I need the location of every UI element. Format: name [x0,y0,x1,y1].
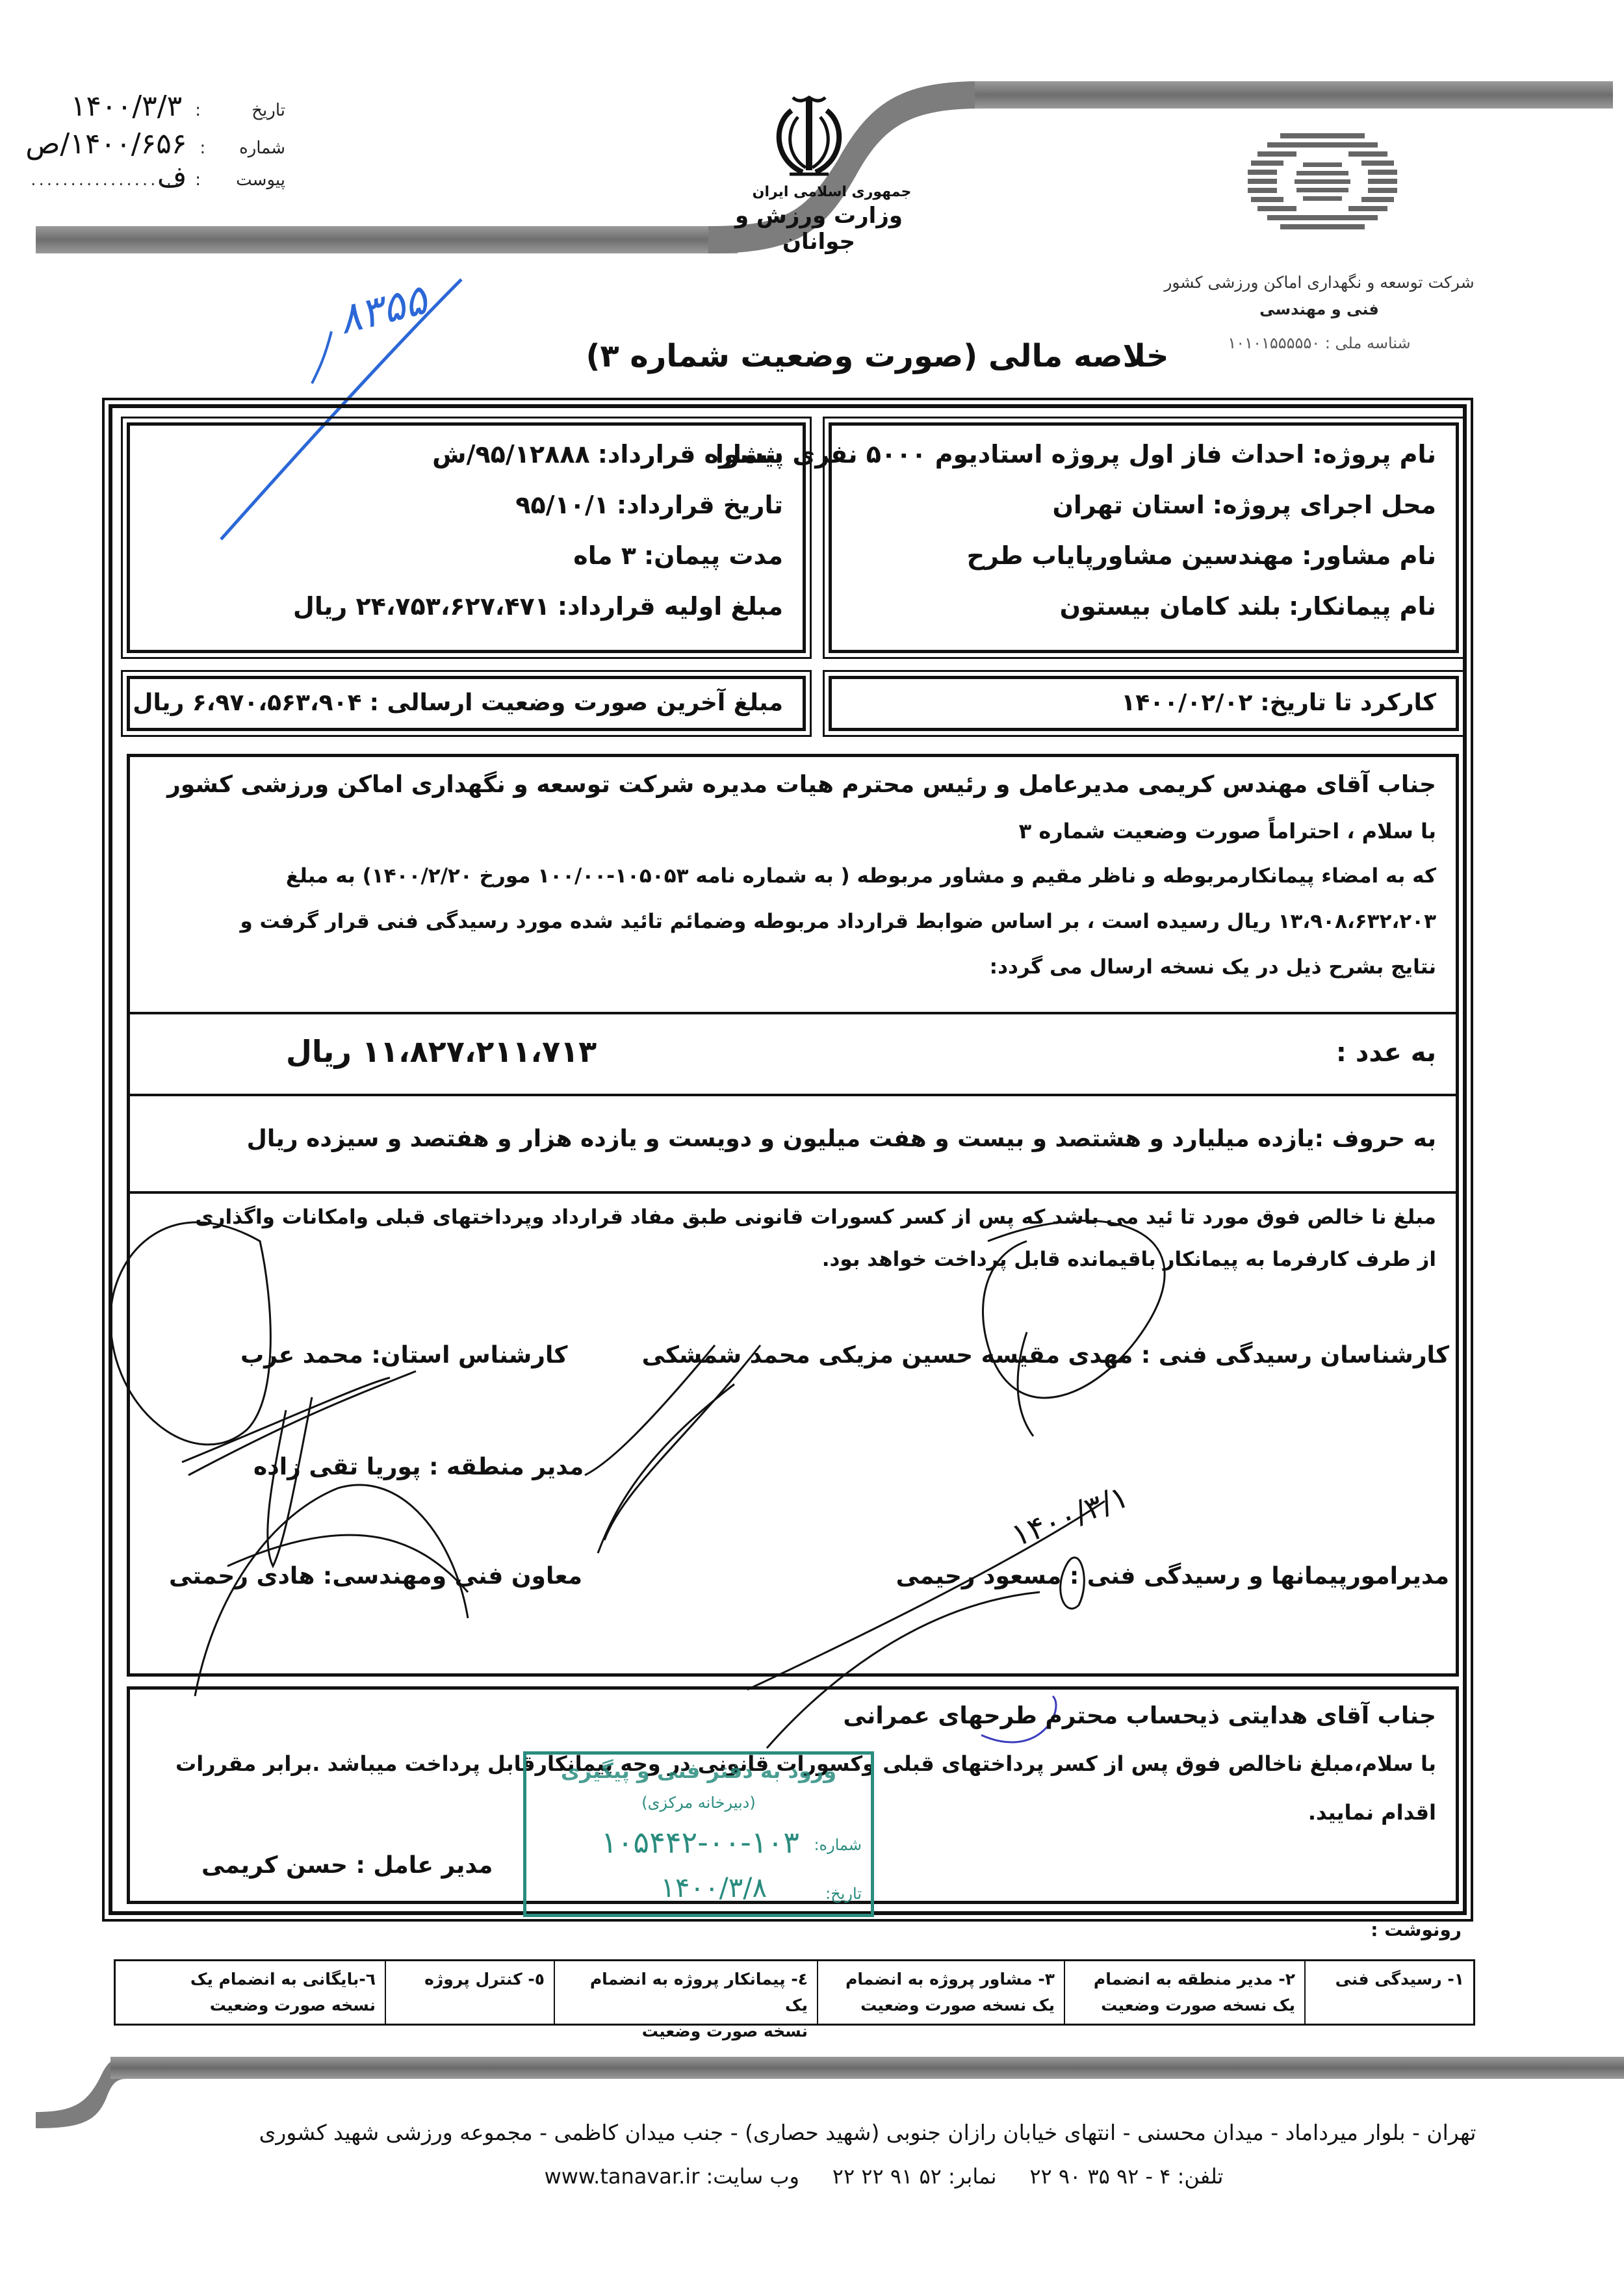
gov-line1: جمهوری اسلامی ایران [741,184,923,200]
stamp-subtitle: (دبیرخانه مرکزی) [526,1794,871,1812]
amount-numeric-row: به عدد : ۱۱،۸۲۷،۲۱۱،۷۱۳ ریال [130,1012,1456,1096]
cc-item-2: ۲- مدیر منطقه به انضمامیک نسخه صورت وضعی… [1064,1961,1304,2024]
handwritten-note: ۸۳۵۵ [333,276,432,344]
contract-duration: مدت پیمان:۳ ماه [573,541,783,570]
cc-item-3: ۳- مشاور پروژه به انضمامیک نسخه صورت وضع… [817,1961,1064,2024]
iran-emblem-icon [767,91,851,182]
letter-line4: نتایج بشرح ذیل در یک نسخه ارسال می گردد: [990,955,1436,979]
cc-label: رونوشت : [1371,1919,1462,1940]
project-name: نام پروژه:احداث فاز اول پروژه استادیوم ۵… [715,440,1436,469]
ceo-signature-label: مدیر عامل : حسن کریمی [201,1852,493,1879]
last-statement-box: مبلغ آخرین صورت وضعیت ارسالی :۶،۹۷۰،۵۶۳،… [127,676,806,731]
cc-table: ۱- رسیدگی فنی ۲- مدیر منطقه به انضمامیک … [114,1959,1475,2026]
website-label: وب سایت: [706,2164,799,2189]
final-line2: اقدام نمایید. [1308,1800,1436,1825]
website-link[interactable]: www.tanavar.ir [545,2164,700,2189]
letter-line1: با سلام ، احتراماً صورت وضعیت شماره ۳ [1019,819,1436,843]
final-salutation: جناب آقای هدایتی ذیحساب محترم طرحهای عمر… [843,1703,1436,1729]
stamp-date-label: تاریخ: [825,1885,862,1903]
letter-body-box: جناب آقای مهندس کریمی مدیرعامل و رئیس مح… [127,754,1459,1677]
cc-item-1: ۱- رسیدگی فنی [1304,1961,1473,2024]
letter-line2: که به امضاء پیمانکارمربوطه و ناظر مقیم و… [286,864,1436,888]
work-until-box: کارکرد تا تاریخ:۱۴۰۰/۰۲/۰۲ [829,676,1459,731]
header-band-left [36,226,738,253]
amount-numeric-label: به عدد : [1336,1038,1436,1068]
project-info-box: نام پروژه:احداث فاز اول پروژه استادیوم ۵… [829,422,1459,653]
stamp-title: ورود به دفتر فنی و پیگیری [526,1758,871,1783]
amount-words-row: به حروف :یازده میلیارد و هشتصد و بیست و … [130,1096,1456,1194]
stamp-number-value: ۱۰۵۴۴۲-۰۰-۱۰۳ [601,1825,799,1860]
footer-band [110,2057,1624,2079]
region-manager: مدیر منطقه : پوریا تقی زاده [253,1454,584,1480]
attachment-label: پیوست [214,170,285,190]
company-logo-icon [1241,133,1404,231]
cc-item-4: ٤- پیمانکار پروژه به انضمام یکنسخه صورت … [554,1961,817,2024]
footer-address: تهران - بلوار میرداماد - میدان محسنی - ا… [195,2120,1540,2145]
footer-contact: تلفن: ۴ - ۹۲ ۳۵ ۹۰ ۲۲ نمابر: ۵۲ ۹۱ ۲۲ ۲۲… [364,2164,1404,2189]
letter-salutation: جناب آقای مهندس کریمی مدیرعامل و رئیس مح… [167,771,1436,798]
date-label: تاریخ [214,101,285,120]
cc-item-6: ٦-بایگانی به انضمام یکنسخه صورت وضعیت [116,1961,385,2024]
cc-item-5: ٥- کنترل پروژه [385,1961,554,2024]
company-department: فنی و مهندسی [1105,300,1534,318]
consultant-name: نام مشاور:مهندسین مشاورپایاب طرح [967,541,1436,570]
phone-label: تلفن: [1178,2164,1224,2189]
fax-label: نمابر: [948,2164,997,2189]
stamp-date-value: ۱۴۰۰/۳/۸ [660,1872,767,1903]
number-label: شماره [218,138,285,158]
contracts-manager: مدیرامورپیمانها و رسیدگی فنی : مسعود رحی… [896,1563,1449,1590]
province-expert: کارشناس استان: محمد عرب [240,1342,567,1369]
amount-numeric-value: ۱۱،۸۲۷،۲۱۱،۷۱۳ ریال [286,1034,597,1069]
fax-value: ۵۲ ۹۱ ۲۲ ۲۲ [832,2164,942,2189]
letter-line3: ۱۳،۹۰۸،۶۳۲،۲۰۳ ریال رسیده است ، بر اساس … [240,910,1436,933]
reviewers-signatures: کارشناسان رسیدگی فنی : مهدی مقیسه حسین م… [642,1342,1449,1369]
contract-info-box: شماره قرارداد:۹۵/۱۲۸۸۸/ش تاریخ قرارداد:۹… [127,422,806,653]
project-location: محل اجرای پروژه:استان تهران [1052,491,1436,519]
letter-date: تاریخ : ۱۴۰۰/۳/۳ [71,90,285,123]
date-value: ۱۴۰۰/۳/۳ [71,90,182,123]
phone-value: ۴ - ۹۲ ۳۵ ۹۰ ۲۲ [1029,2164,1170,2189]
letter-attachment: پیوست : ................... [31,170,285,190]
amount-words: به حروف :یازده میلیارد و هشتصد و بیست و … [247,1126,1436,1152]
last-statement-amount: مبلغ آخرین صورت وضعیت ارسالی :۶،۹۷۰،۵۶۳،… [133,689,783,716]
document-title: خلاصه مالی (صورت وضعیت شماره ۳) [585,338,1170,374]
contract-date: تاریخ قرارداد:۹۵/۱۰/۱ [515,491,783,519]
ministry-name: وزارت ورزش و جوانان [702,203,936,255]
note-line1: مبلغ نا خالص فوق مورد تا ئید می باشد که … [195,1205,1436,1229]
company-name: شرکت توسعه و نگهداری اماکن ورزشی کشور [1105,273,1534,292]
technical-deputy: معاون فنی ومهندسی: هادی رحمتی [169,1563,582,1590]
registry-stamp: ورود به دفتر فنی و پیگیری (دبیرخانه مرکز… [523,1751,874,1917]
initial-contract-amount: مبلغ اولیه قرارداد:۲۴،۷۵۳،۶۲۷،۴۷۱ ریال [293,592,783,621]
work-until-date: کارکرد تا تاریخ:۱۴۰۰/۰۲/۰۲ [1121,689,1436,716]
handwritten-approval-date: ۱۴۰۰/۳/۱ [1007,1478,1133,1554]
note-line2: از طرف کارفرما به پیمانکار باقیمانده قاب… [822,1248,1436,1271]
header-band-right [975,81,1613,109]
attachment-value: ................... [31,170,182,190]
contractor-name: نام پیمانکار:بلند کامان بیستون [1060,592,1436,621]
stamp-number-label: شماره: [814,1836,862,1854]
